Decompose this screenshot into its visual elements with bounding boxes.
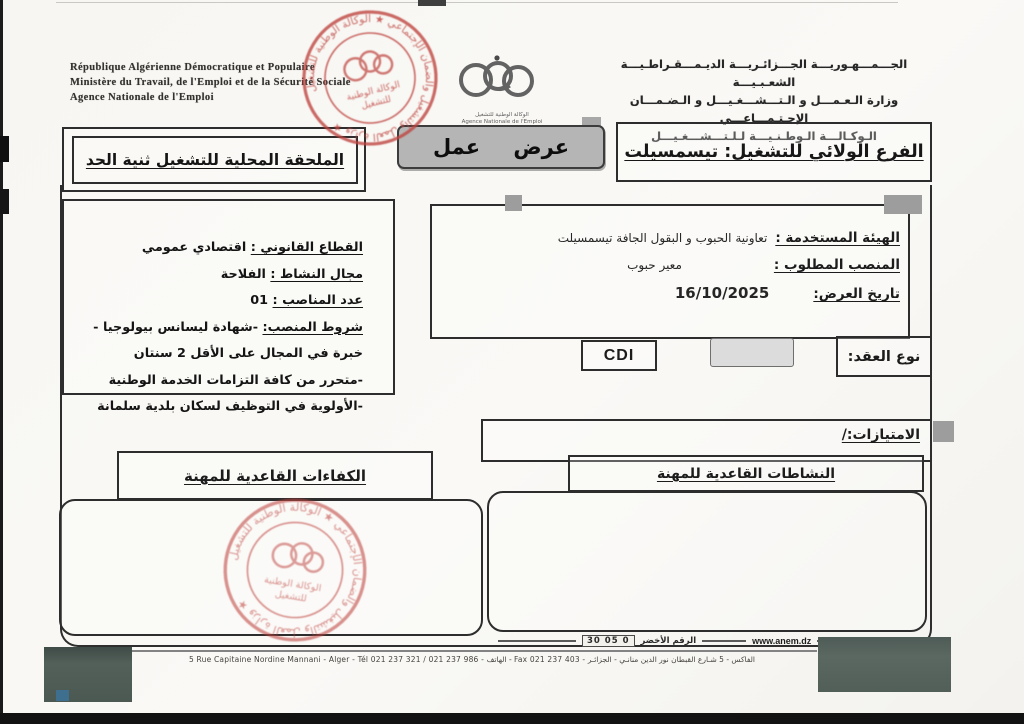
employer-info-box: الهيئة المستخدمة : تعاونية الحبوب و البق… [430,204,910,339]
scan-top-edge-line [56,2,898,3]
anem-logo-icon [430,50,574,108]
scanned-job-offer-document: République Algérienne Démocratique et Po… [0,0,1024,724]
footer-divider [702,640,746,642]
legal-sector-row: القطاع القانوني : اقتصادي عمومي [72,235,363,262]
employer-label: الهيئة المستخدمة : [775,230,900,246]
activities-content-box [487,491,927,632]
employer-value: تعاونية الحبوب و البقول الجافة تيسمسيلت [558,231,768,245]
contract-type-label-box: نوع العقد: [836,336,932,377]
redaction-box [818,637,951,692]
activities-section-title: النشاطات القاعدية للمهنة [657,466,835,482]
conditions-row: شروط المنصب: -شهادة ليسانس بيولوجيا - [72,315,363,342]
contract-type-value: CDI [604,347,635,365]
footer-rule [125,650,817,652]
activity-field-value: الفلاحة [221,267,266,282]
position-label: المنصب المطلوب : [774,257,900,273]
employer-info-rows: الهيئة المستخدمة : تعاونية الحبوب و البق… [444,230,900,311]
competencies-content-box [59,499,483,636]
competencies-section-title: الكفاءات القاعدية للمهنة [184,467,366,485]
redaction-box [505,195,522,211]
positions-count-label: عدد المناصب : [273,293,363,308]
conditions-line: -الأولوية في التوظيف لسكان بلدية سلمانة [72,394,363,421]
scan-edge-blob [0,136,9,162]
contract-type-value-box: CDI [581,340,657,371]
activity-field-label: مجال النشاط : [270,267,363,282]
french-letterhead: République Algérienne Démocratique et Po… [70,60,415,105]
employer-name-row: الهيئة المستخدمة : تعاونية الحبوب و البق… [444,230,900,257]
conditions-label: شروط المنصب: [262,320,363,335]
competencies-section-title-box: الكفاءات القاعدية للمهنة [117,451,433,500]
contract-type-label: نوع العقد: [848,349,921,365]
french-letterhead-line: République Algérienne Démocratique et Po… [70,60,415,75]
green-number-label: الرقم الأخضر [641,636,697,646]
wilaya-branch-title: الفرع الولائي للتشغيل: تيسمسيلت [624,142,923,162]
conditions-value: -شهادة ليسانس بيولوجيا - [93,320,258,335]
redaction-box [933,421,954,442]
legal-sector-label: القطاع القانوني : [251,240,363,255]
footer-address: 5 Rue Capitaine Nordine Mannani - Alger … [112,655,832,664]
arabic-letterhead-line: الجـــمـــهـوريـــة الجـــزائـريـــة الد… [596,55,932,91]
scan-left-edge [0,0,3,724]
french-letterhead-line: Agence Nationale de l'Emploi [70,90,415,105]
wilaya-branch-title-box: الفرع الولائي للتشغيل: تيسمسيلت [616,122,932,182]
legal-sector-value: اقتصادي عمومي [142,240,246,255]
redaction-box [884,195,922,214]
scan-edge-blob [0,189,9,214]
logo-caption-arabic: الوكالة الوطنية للتشغيل [430,112,574,119]
scan-top-mark [418,0,446,6]
positions-count-row: عدد المناصب : 01 [72,288,363,315]
job-offer-banner-text: عرض عمل [433,135,569,159]
green-number-value: 30 05 0 [582,635,635,647]
local-annex-inner-box: الملحقة المحلية للتشغيل ثنية الحد [72,136,358,184]
local-annex-title-box: الملحقة المحلية للتشغيل ثنية الحد [62,127,366,192]
conditions-line: -متحرر من كافة التزامات الخدمة الوطنية [72,368,363,395]
position-value: معير حبوب [627,258,682,272]
anem-logo: الوكالة الوطنية للتشغيل Agence Nationale… [430,50,574,126]
job-offer-banner: عرض عمل [397,125,605,169]
job-details-text: القطاع القانوني : اقتصادي عمومي مجال الن… [72,235,363,421]
scan-bottom-edge [0,713,1024,724]
conditions-line: خبرة في المجال على الأقل 2 سنتان [72,341,363,368]
activity-field-row: مجال النشاط : الفلاحة [72,262,363,289]
benefits-label: الامتيازات:/ [842,427,920,443]
position-row: المنصب المطلوب : معير حبوب [444,257,900,284]
contract-type-empty-field [710,338,794,367]
french-letterhead-line: Ministère du Travail, de l'Emploi et de … [70,75,415,90]
activities-section-title-box: النشاطات القاعدية للمهنة [568,455,924,492]
scan-color-mark [56,690,69,701]
offer-date-value: 16/10/2025 [675,284,769,302]
local-annex-title: الملحقة المحلية للتشغيل ثنية الحد [86,151,344,169]
offer-date-label: تاريخ العرض: [813,286,900,302]
positions-count-value: 01 [250,293,268,308]
offer-date-row: تاريخ العرض: 16/10/2025 [444,284,900,311]
footer-website: www.anem.dz [752,636,811,646]
footer-divider [498,640,576,642]
job-details-box: القطاع القانوني : اقتصادي عمومي مجال الن… [62,199,395,395]
